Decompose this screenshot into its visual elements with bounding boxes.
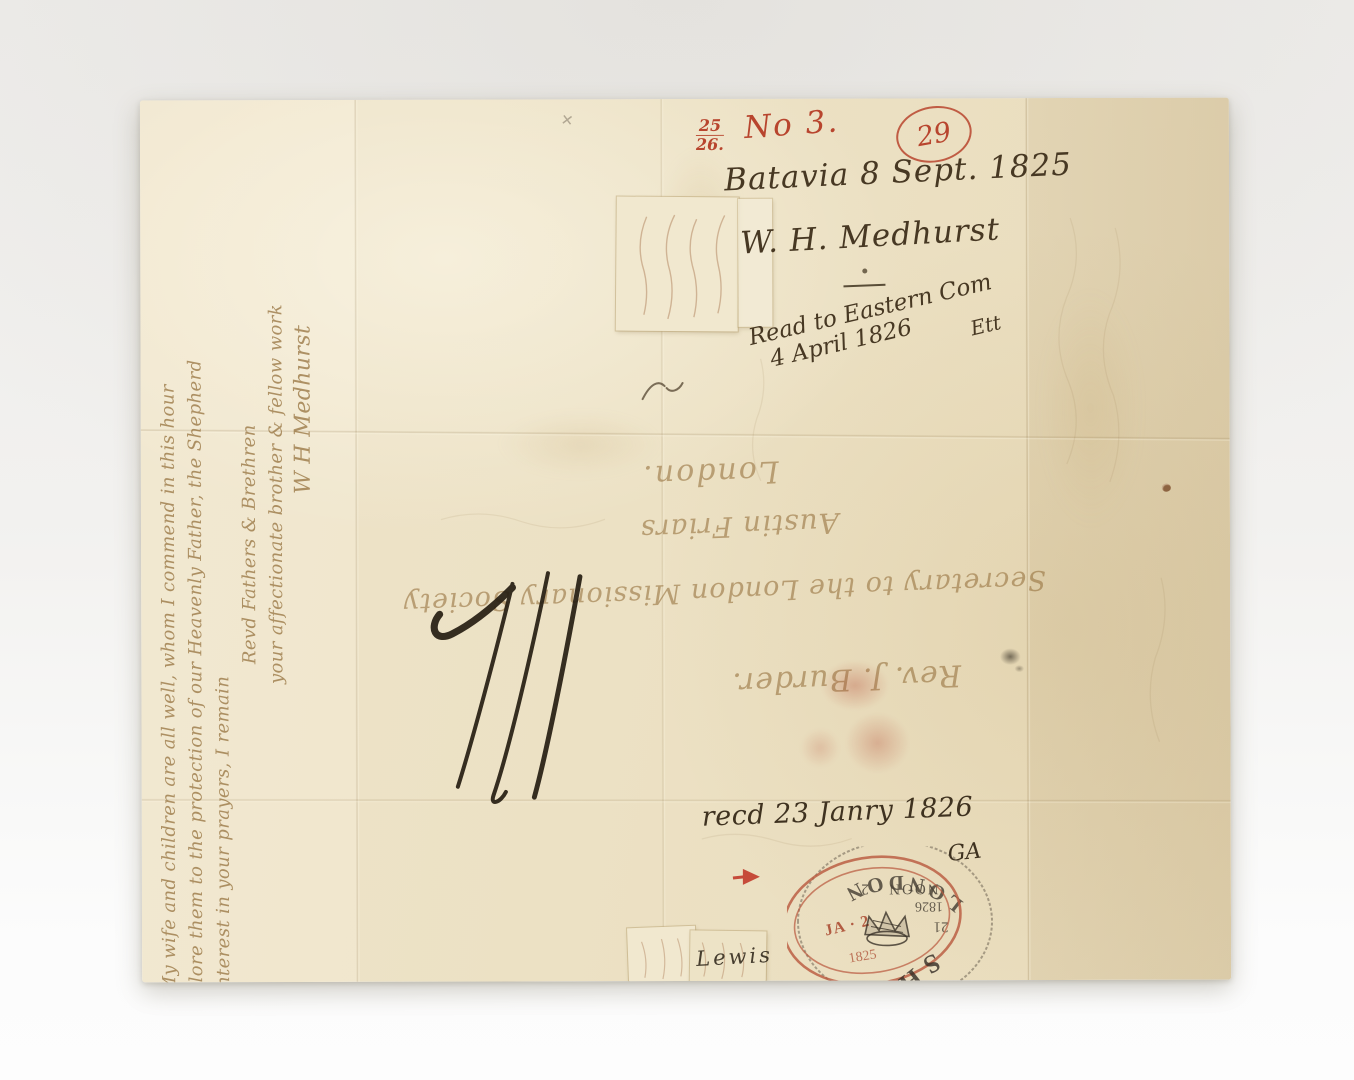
red-stamp-year: 1825 [848, 947, 878, 966]
margin-note-block: My wife and children are all well, whom … [154, 102, 356, 983]
fragment-word: Lewis [695, 943, 773, 971]
stamp-noon-text: NOON · 2 [859, 880, 938, 896]
stamp-letter-h: H [894, 963, 928, 982]
margin-note-line: My wife and children are all well, whom … [154, 102, 183, 982]
margin-note-signature: W H Medhurst [289, 102, 317, 494]
postal-stamps: LONDON NOON · 2 21 1826 JA · 2 1825 [787, 846, 1017, 982]
margin-note-line: plore them to the protection of our Heav… [181, 102, 210, 982]
received-note: recd 23 Janry 1826 [701, 792, 974, 833]
stamp-letter-s: S [919, 948, 945, 980]
patch-faded-script [616, 197, 739, 332]
address-recipient: Rev. J. Burder. [731, 657, 962, 701]
docket-place-date: Batavia 8 Sept. 1825 [723, 146, 1072, 198]
photograph-scene: My wife and children are all well, whom … [0, 0, 1354, 1080]
margin-note-line: interest in your prayers, I remain [208, 102, 237, 982]
margin-note-line: your affectionate brother & fellow work [262, 102, 291, 684]
red-folio-number: No 3. [743, 103, 841, 146]
stamp-day-text: 21 [933, 918, 948, 934]
stamp-year-text: 1826 [915, 898, 943, 913]
margin-note-line: Revd Fathers & Brethren [235, 102, 263, 664]
red-fraction-top: 25 [696, 117, 724, 136]
black-ship-letter-stamp: LONDON NOON · 2 21 1826 [798, 846, 992, 982]
torn-paper-patch [616, 197, 739, 332]
pencil-x-mark: ✕ [560, 111, 575, 131]
address-street: Austin Friars [639, 506, 839, 546]
crown-device [865, 912, 909, 945]
letter-sheet: My wife and children are all well, whom … [140, 98, 1231, 983]
docket-underline-dot [862, 269, 867, 274]
red-fraction-bottom: 26. [696, 135, 724, 154]
docket-underline-flourish [843, 276, 885, 288]
committee-note-initials: Ett [968, 310, 1003, 340]
red-circled-number-value: 29 [914, 116, 953, 153]
bottom-fragment-left [627, 926, 697, 983]
red-stamp-date: JA · 2 [823, 913, 872, 940]
ink-squiggle-mark [639, 375, 687, 409]
docket-sender: W. H. Medhurst [739, 211, 1001, 261]
committee-note: Read to Eastern Com 4 April 1826 Ett [746, 269, 1003, 390]
red-fraction: 25 26. [696, 117, 724, 154]
manuscript-rate-mark [427, 565, 588, 810]
torn-paper-sliver [738, 199, 772, 327]
bottom-fragment-group: Lewis [628, 925, 788, 983]
address-city: London. [641, 453, 780, 493]
red-arrow-mark [733, 869, 763, 885]
